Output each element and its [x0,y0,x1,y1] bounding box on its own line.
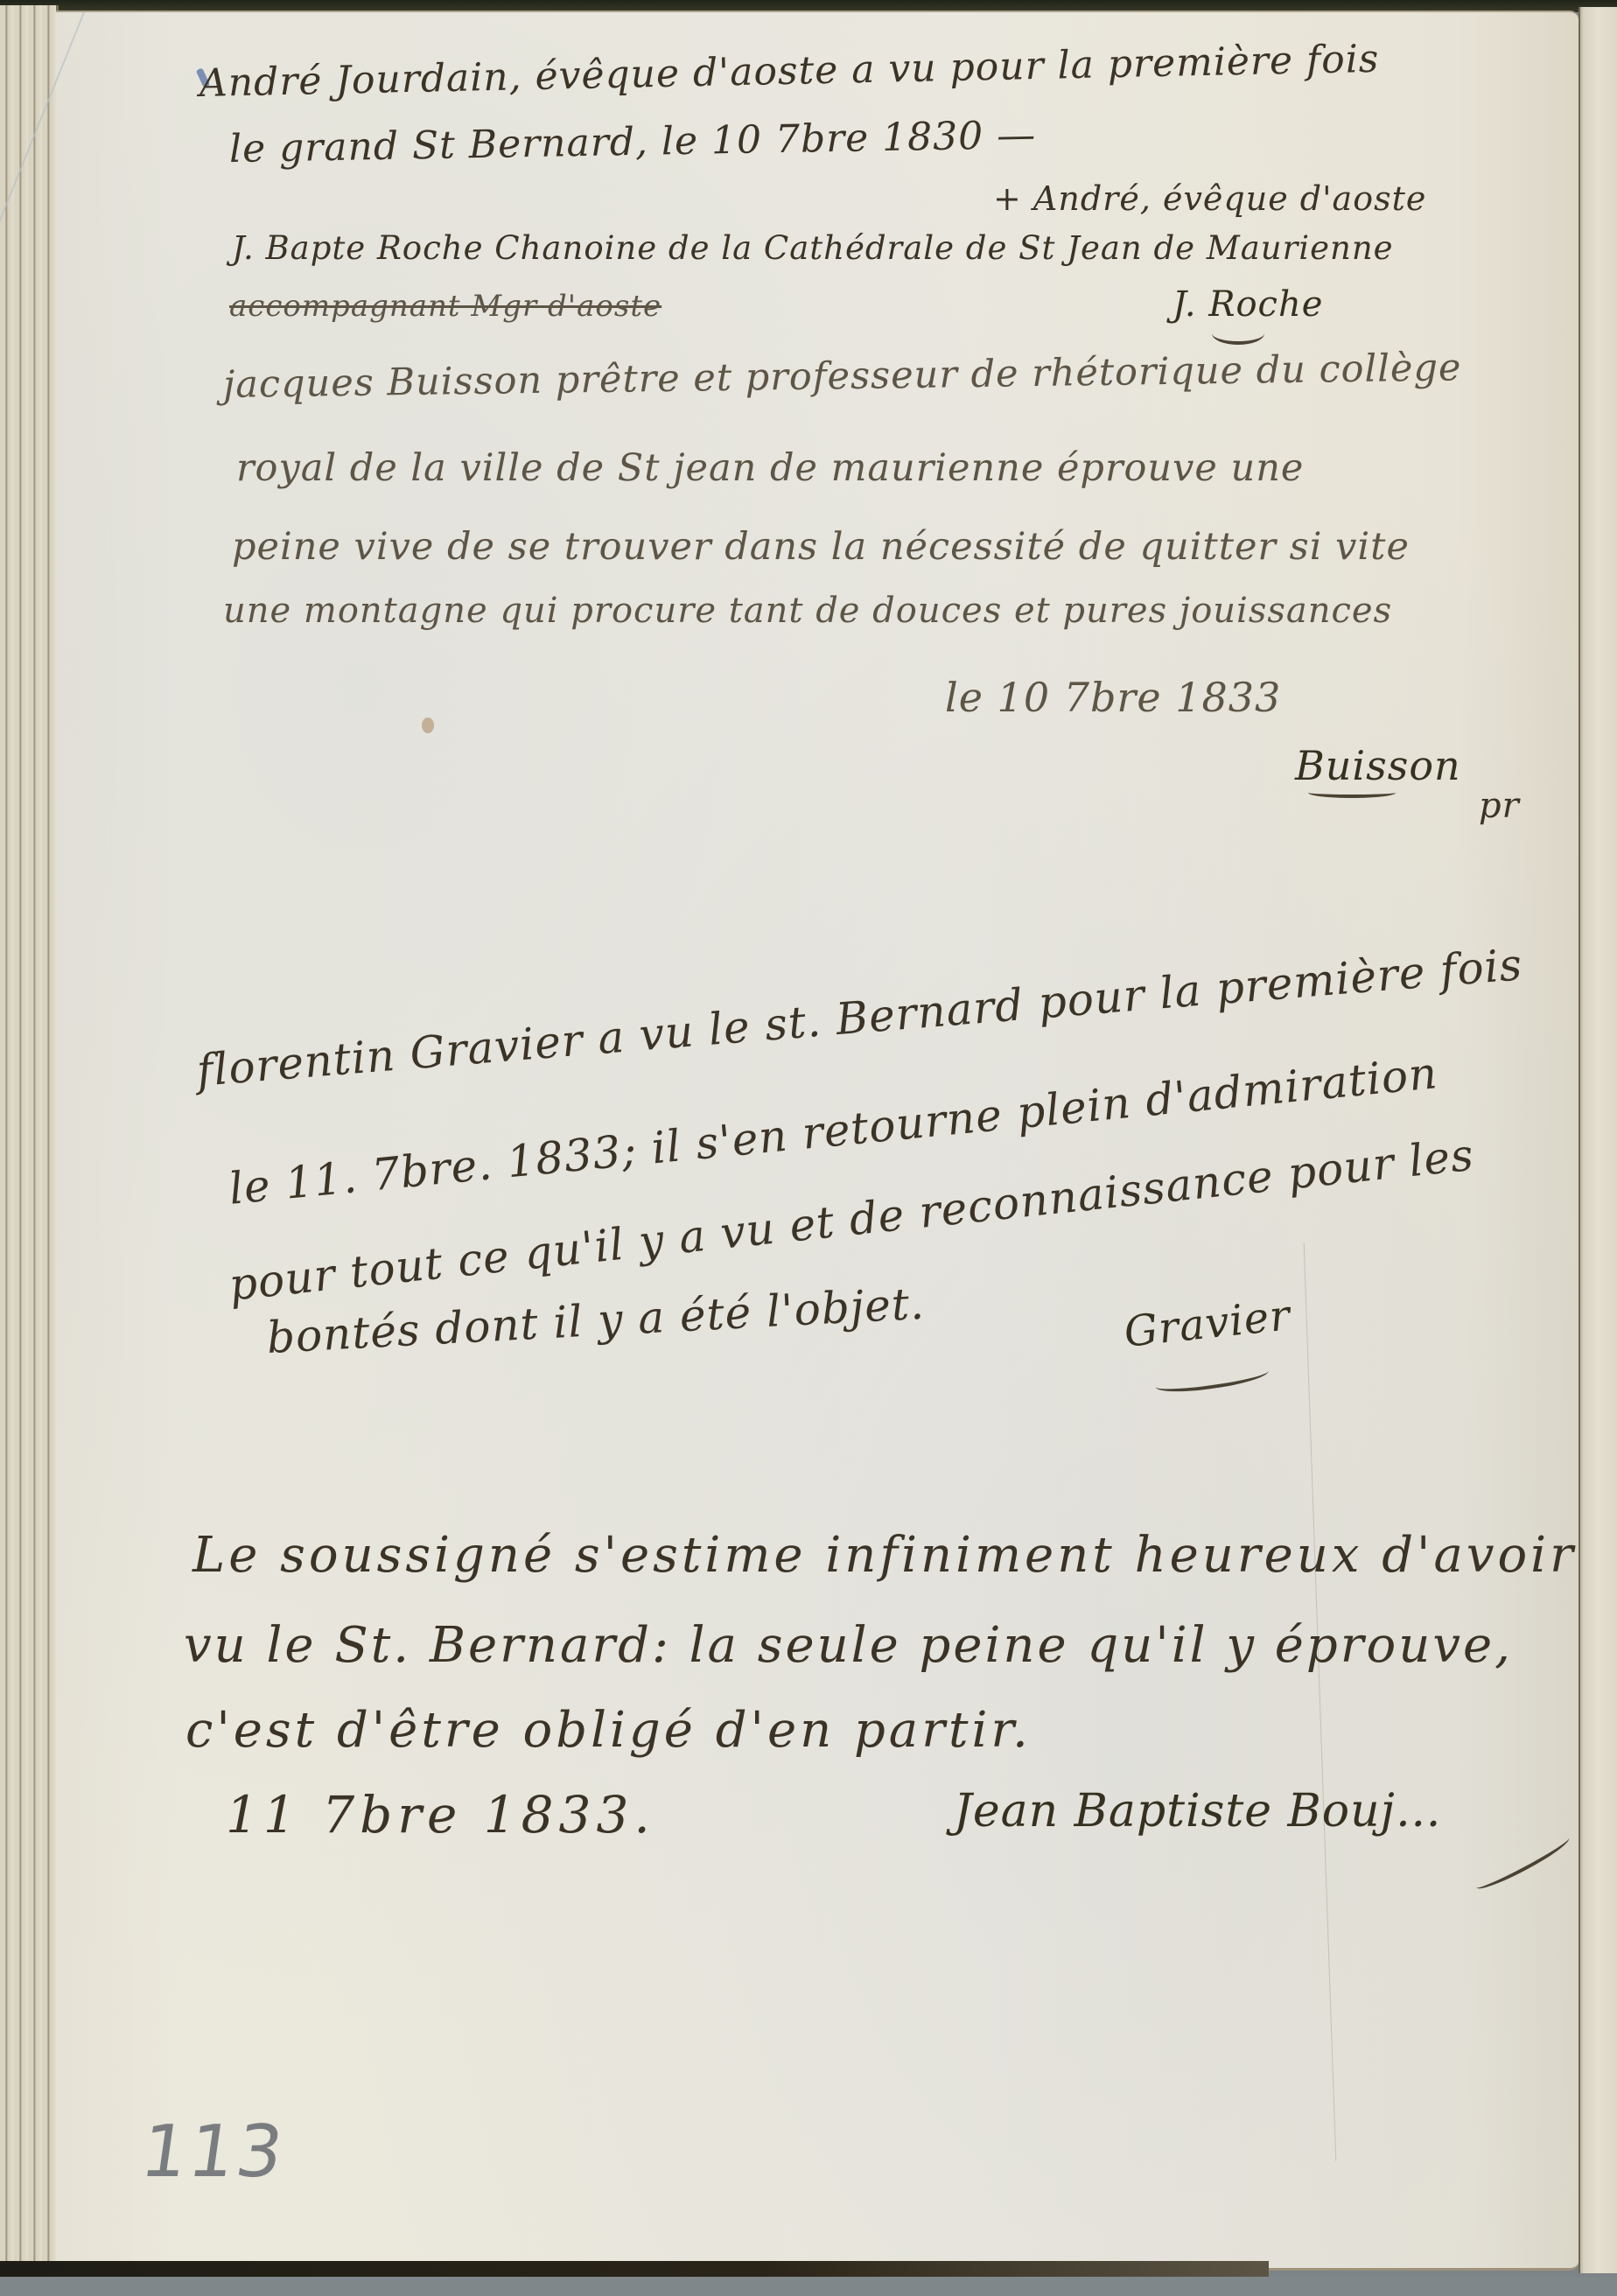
scan-background-shadow [0,2261,1269,2277]
entry-3-signature-suffix: pr [1479,786,1520,826]
entry-5-signature: Jean Baptiste Bouj… [954,1785,1442,1837]
entry-3-line-4: une montagne qui procure tant de douces … [223,591,1392,631]
entry-3-line-3: peine vive de se trouver dans la nécessi… [232,525,1410,569]
entry-5-line-3: c'est d'être obligé d'en partir. [185,1702,1032,1759]
folio-number: 113 [136,2110,290,2194]
book-binding-edge [0,5,59,2277]
scan-background-bottom [0,2277,1617,2296]
entry-3-signature: Buisson [1295,742,1461,789]
entry-5-date: 11 7bre 1833. [226,1785,655,1844]
entry-3-line-2: royal de la ville de St jean de maurienn… [236,446,1304,490]
signature-flourish [1212,322,1264,345]
entry-3-date: le 10 7bre 1833 [945,674,1281,721]
entry-5-line-2: vu le St. Bernard: la seule peine qu'il … [184,1617,1513,1674]
signature-underline [1308,787,1396,798]
entry-2-line-2: accompagnant Mgr d'aoste [229,289,661,324]
entry-2-line-1: J. Bapte Roche Chanoine de la Cathédrale… [232,229,1394,267]
entry-2-signature: J. Roche [1172,284,1323,325]
ink-stain [422,717,434,733]
entry-5-line-1: Le soussigné s'estime infiniment heureux… [192,1527,1577,1584]
page-gutter-right [1578,7,1617,2273]
entry-1-signature: + André, évêque d'aoste [993,179,1426,218]
